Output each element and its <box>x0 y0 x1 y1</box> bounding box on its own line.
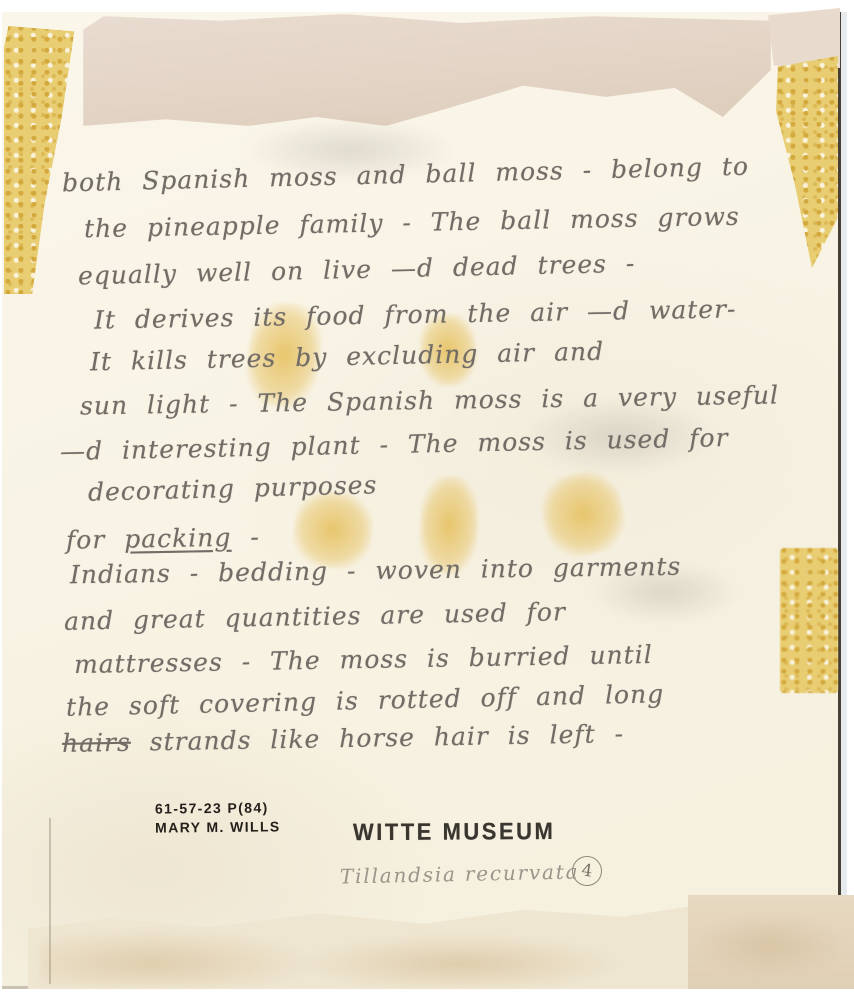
stain-bottom-right <box>700 915 840 975</box>
handwriting-word: for <box>66 525 125 555</box>
scanned-document: both Spanish moss and ball moss - belong… <box>0 0 854 1000</box>
species-annotation: Tillandsia recurvata <box>340 859 580 888</box>
tape-yellow-right-edge <box>780 548 838 693</box>
museum-stamp: WITTE MUSEUM <box>353 817 555 846</box>
paper-crease <box>49 818 51 984</box>
handwriting-line: for packing - <box>66 522 260 554</box>
catalog-number: 61-57-23 P(84) <box>155 798 281 818</box>
stain-bottom-center <box>300 935 620 987</box>
glue-smudge <box>535 466 630 563</box>
cataloger-name: MARY M. WILLS <box>155 817 281 837</box>
stain-bottom-left <box>40 928 320 986</box>
underlined-word: packing <box>124 523 232 554</box>
catalog-block: 61-57-23 P(84) MARY M. WILLS <box>155 798 281 837</box>
scan-edge-artifact <box>841 12 847 986</box>
struck-word: hairs <box>62 728 131 758</box>
page-number: 4 <box>580 860 594 881</box>
handwriting-word: - <box>231 522 260 551</box>
